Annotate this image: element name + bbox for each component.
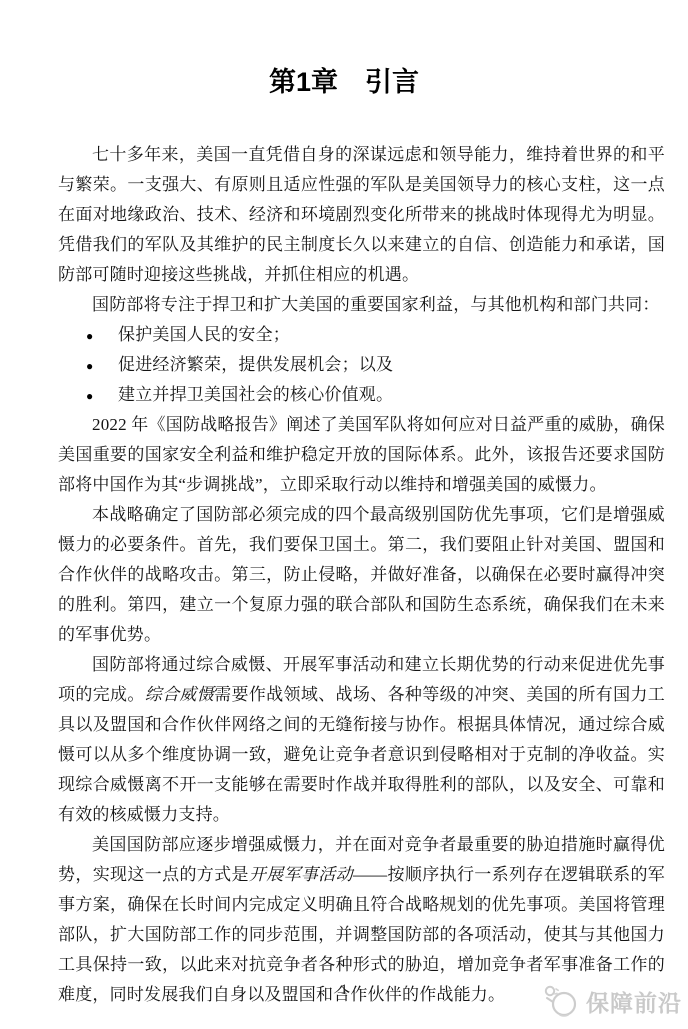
paragraph-intro: 七十多年来，美国一直凭借自身的深谋远虑和领导能力，维持着世界的和平与繁荣。一支强… xyxy=(58,140,665,290)
bullet-text-3: 建立并捍卫美国社会的核心价值观。 xyxy=(118,380,665,410)
term-integrated-deterrence: 综合威慑 xyxy=(145,685,214,704)
document-body: 七十多年来，美国一直凭借自身的深谋远虑和领导能力，维持着世界的和平与繁荣。一支强… xyxy=(58,140,665,1010)
bullet-list: ● 保护美国人民的安全； ● 促进经济繁荣，提供发展机会；以及 ● 建立并捍卫美… xyxy=(58,320,665,410)
watermark-text: 保障前沿 xyxy=(586,985,682,1018)
bullet-item-3: ● 建立并捍卫美国社会的核心价值观。 xyxy=(58,380,665,410)
megaphone-icon xyxy=(541,983,581,1019)
bullet-item-2: ● 促进经济繁荣，提供发展机会；以及 xyxy=(58,350,665,380)
paragraph-integrated-deterrence: 国防部将通过综合威慑、开展军事活动和建立长期优势的行动来促进优先事项的完成。综合… xyxy=(58,650,665,830)
paragraph-5-text-after: 需要作战领域、战场、各种等级的冲突、美国的所有国力工具以及盟国和合作伙伴网络之间… xyxy=(58,685,665,824)
paragraph-interests-lead: 国防部将专注于捍卫和扩大美国的重要国家利益，与其他机构和部门共同： xyxy=(58,290,665,320)
bullet-icon: ● xyxy=(86,351,118,381)
watermark: 保障前沿 xyxy=(541,983,682,1019)
bullet-icon: ● xyxy=(86,381,118,411)
document-page: 第1章 引言 七十多年来，美国一直凭借自身的深谋远虑和领导能力，维持着世界的和平… xyxy=(0,0,688,1029)
paragraph-nds-2022: 2022 年《国防战略报告》阐述了美国军队将如何应对日益严重的威胁，确保美国重要… xyxy=(58,410,665,500)
bullet-text-1: 保护美国人民的安全； xyxy=(118,320,665,350)
chapter-title: 第1章 引言 xyxy=(0,66,688,98)
paragraph-priorities: 本战略确定了国防部必须完成的四个最高级别国防优先事项，它们是增强威慑力的必要条件… xyxy=(58,500,665,650)
term-campaigning: 开展军事活动 xyxy=(249,865,353,884)
bullet-text-2: 促进经济繁荣，提供发展机会；以及 xyxy=(118,350,665,380)
bullet-item-1: ● 保护美国人民的安全； xyxy=(58,320,665,350)
bullet-icon: ● xyxy=(86,321,118,351)
